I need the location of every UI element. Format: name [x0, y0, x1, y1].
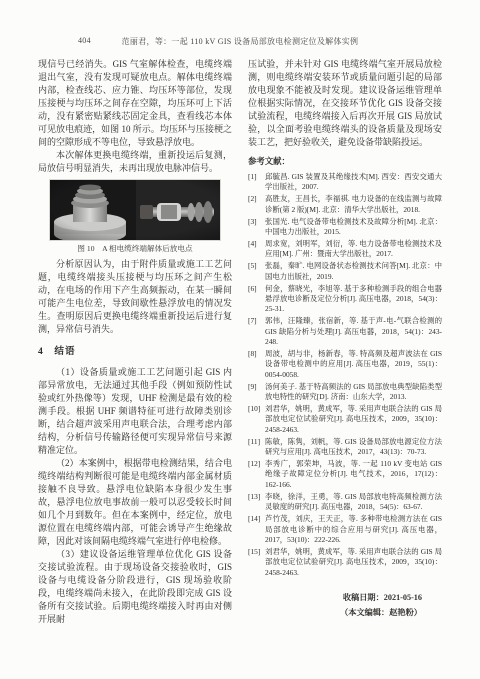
reference-label: [5] [248, 261, 265, 282]
reference-text: 汤何美子. 基于特高频法的 GIS 局部放电典型缺陷类型放电特性的研究[D]. … [265, 382, 442, 403]
reference-item: [11] 陈敏，陈隽，刘帆，等. GIS 设备局部放电源定位方法研究与应用[J]… [248, 437, 442, 458]
reference-label: [6] [248, 284, 265, 315]
reference-text: 刘君华，姚明，黄成军，等. 采用声电联合法的 GIS 局部放电定位试验研究[J]… [265, 547, 442, 578]
cable-terminal-photo [50, 180, 220, 240]
reference-item: [14] 芦竹茂，刘庆，王天正，等. 多种带电检测方法在 GIS 局部放电诊断中… [248, 514, 442, 545]
reference-text: 邱毓昌. GIS 装置及其绝缘技术[M]. 西安：西安交通大学出版社，2007. [265, 172, 442, 193]
content-columns: 现信号已经消失。GIS 气室解体检查，电缆终端退出气室，没有发现可疑放电点。解体… [38, 58, 442, 626]
body-paragraph: 现信号已经消失。GIS 气室解体检查，电缆终端退出气室，没有发现可疑放电点。解体… [38, 58, 232, 149]
reference-text: 郭伟，汪隆臻，张宿新，等. 基于声-电-气联合检测的 GIS 缺陷分析与处理[J… [265, 316, 442, 347]
reference-label: [3] [248, 217, 265, 238]
right-column: 压试验，并未针对 GIS 电缆终端气室开展局放检测，则电缆终端安装环节或质量问题… [248, 58, 442, 626]
body-paragraph: （2）本案例中，根据带电检测结果，结合电缆终端结构判断很可能是电缆终端内部金属材… [38, 457, 232, 548]
reference-label: [1] [248, 172, 265, 193]
reference-item: [2] 高胜友，王昌长，李福祺. 电力设备的在线监测与故障诊断(第 2 版)[M… [248, 194, 442, 215]
reference-item: [1] 邱毓昌. GIS 装置及其绝缘技术[M]. 西安：西安交通大学出版社，2… [248, 172, 442, 193]
page-number: 404 [78, 36, 91, 45]
figure-caption: 图 10 A 相电缆终端解体后放电点 [38, 244, 232, 254]
body-paragraph: （1）设备质量或施工工艺问题引起 GIS 内部异常放电，无法通过其他手段（例如预… [38, 366, 232, 457]
running-title: 范丽君，等：一起 110 kV GIS 设备局部放电检测定位及解体实例 [38, 36, 442, 47]
reference-text: 张国光. 电气设备带电检测技术及故障分析[M]. 北京：中国电力出版社，2015… [265, 217, 442, 238]
reference-item: [13] 李晓，徐洋，王勇，等. GIS 局部放电特高频检测方法灵敏度的研究[J… [248, 492, 442, 513]
reference-text: 周求宽，刘明军，刘衍，等. 电力设备带电检测技术及应用[M]. 广州：暨南大学出… [265, 239, 442, 260]
figure-10: 图 10 A 相电缆终端解体后放电点 [38, 180, 232, 254]
reference-text: 周波，胡与非，杨新春，等. 特高频及超声波法在 GIS 设备带电检测中的应用[J… [265, 349, 442, 380]
reference-label: [4] [248, 239, 265, 260]
reference-item: [4] 周求宽，刘明军，刘衍，等. 电力设备带电检测技术及应用[M]. 广州：暨… [248, 239, 442, 260]
reference-label: [8] [248, 349, 265, 380]
reference-item: [9] 汤何美子. 基于特高频法的 GIS 局部放电典型缺陷类型放电特性的研究[… [248, 382, 442, 403]
reference-label: [10] [248, 404, 265, 435]
reference-label: [2] [248, 194, 265, 215]
reference-item: [6] 何金，蔡晓光，李旭等. 基于多种检测手段的组合电器悬浮放电诊断及定位分析… [248, 284, 442, 315]
body-paragraph: 本次解体更换电缆终端，重新投运后复测，局放信号明显消失，未再出现放电脉冲信号。 [38, 149, 232, 175]
reference-item: [7] 郭伟，汪隆臻，张宿新，等. 基于声-电-气联合检测的 GIS 缺陷分析与… [248, 316, 442, 347]
reference-text: 李晓，徐洋，王勇，等. GIS 局部放电特高频检测方法灵敏度的研究[J]. 高压… [265, 492, 442, 513]
body-paragraph: 分析原因认为，由于附件质量或施工工艺问题，电缆终端接头压接梗与均压环之间产生松动… [38, 258, 232, 336]
references-heading: 参考文献： [248, 155, 442, 168]
page-header: 404 范丽君，等：一起 110 kV GIS 设备局部放电检测定位及解体实例 [38, 36, 442, 48]
reference-item: [12] 李秀广，郭荣坤，马波，等. 一起 110 kV 变电站 GIS 绝缘子… [248, 459, 442, 490]
body-paragraph: （3）建议设备运维管理单位优化 GIS 设备交接试验流程。由于现场设备交接验收时… [38, 548, 232, 626]
reference-label: [13] [248, 492, 265, 513]
reference-text: 高胜友，王昌长，李福祺. 电力设备的在线监测与故障诊断(第 2 版)[M]. 北… [265, 194, 442, 215]
reference-label: [11] [248, 437, 265, 458]
reference-item: [10] 刘君华，姚明，黄成军，等. 采用声电联合法的 GIS 局部放电定位试验… [248, 404, 442, 435]
reference-item: [8] 周波，胡与非，杨新春，等. 特高频及超声波法在 GIS 设备带电检测中的… [248, 349, 442, 380]
left-column: 现信号已经消失。GIS 气室解体检查，电缆终端退出气室，没有发现可疑放电点。解体… [38, 58, 232, 626]
received-date: 收稿日期：2021-05-16 [248, 590, 422, 605]
reference-text: 张磊，秦旷. 电网设备状态检测技术问答[M]. 北京：中国电力出版社，2019. [265, 261, 442, 282]
reference-text: 芦竹茂，刘庆，王天正，等. 多种带电检测方法在 GIS 局部放电诊断中的综合应用… [265, 514, 442, 545]
reference-item: [3] 张国光. 电气设备带电检测技术及故障分析[M]. 北京：中国电力出版社，… [248, 217, 442, 238]
reference-item: [15] 刘君华，姚明，黄成军，等. 采用声电联合法的 GIS 局部放电定位试验… [248, 547, 442, 578]
reference-text: 刘君华，姚明，黄成军，等. 采用声电联合法的 GIS 局部放电定位试验研究[J]… [265, 404, 442, 435]
references-list: [1] 邱毓昌. GIS 装置及其绝缘技术[M]. 西安：西安交通大学出版社，2… [248, 172, 442, 578]
reference-label: [12] [248, 459, 265, 490]
reference-label: [9] [248, 382, 265, 403]
reference-label: [14] [248, 514, 265, 545]
reference-item: [5] 张磊，秦旷. 电网设备状态检测技术问答[M]. 北京：中国电力出版社，2… [248, 261, 442, 282]
paper-page: 404 范丽君，等：一起 110 kV GIS 设备局部放电检测定位及解体实例 … [0, 0, 480, 679]
reference-text: 何金，蔡晓光，李旭等. 基于多种检测手段的组合电器悬浮放电诊断及定位分析[J].… [265, 284, 442, 315]
reference-text: 陈敏，陈隽，刘帆，等. GIS 设备局部放电源定位方法研究与应用[J]. 高电压… [265, 437, 442, 458]
reference-text: 李秀广，郭荣坤，马波，等. 一起 110 kV 变电站 GIS 绝缘子故障定位分… [265, 459, 442, 490]
body-paragraph: 压试验，并未针对 GIS 电缆终端气室开展局放检测，则电缆终端安装环节或质量问题… [248, 58, 442, 149]
article-footer: 收稿日期：2021-05-16 （本文编辑：赵艳粉） [248, 590, 442, 620]
section-heading-conclusion: 4 结语 [38, 345, 232, 358]
editor-note: （本文编辑：赵艳粉） [248, 605, 422, 620]
reference-label: [7] [248, 316, 265, 347]
reference-label: [15] [248, 547, 265, 578]
